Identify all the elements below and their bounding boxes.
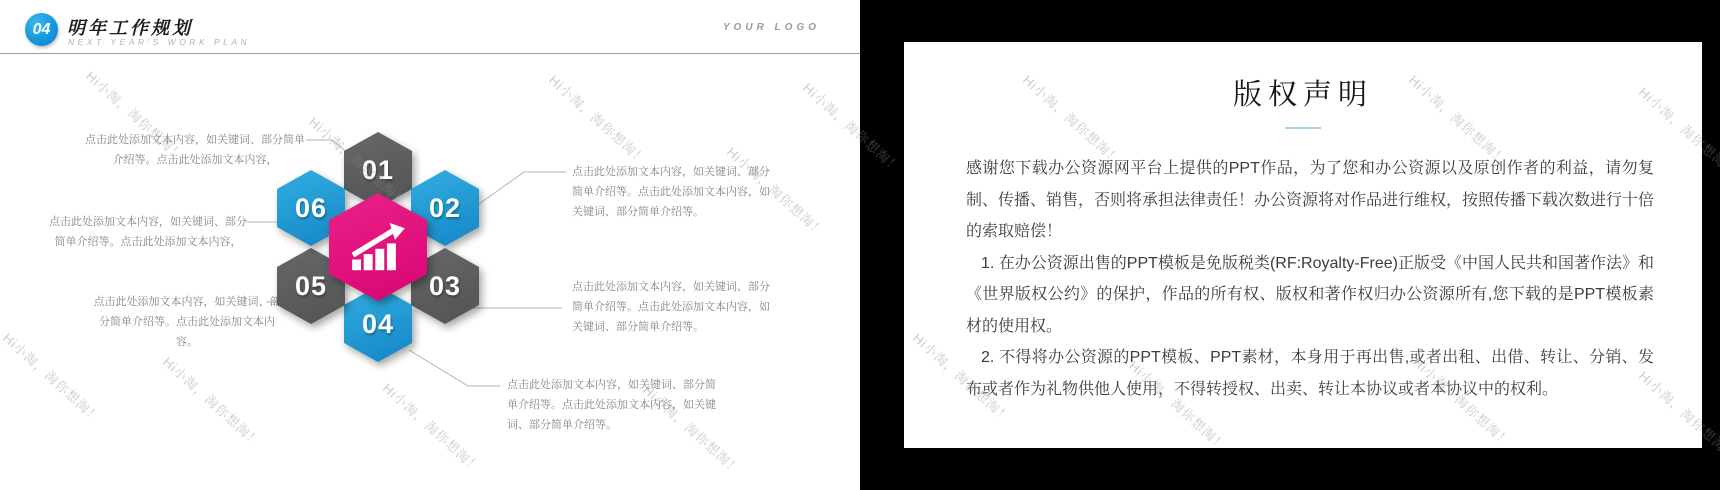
node-text-02: 点击此处添加文本内容，如关键词、部分简单介绍等。点击此处添加文本内容，如关键词、…: [572, 162, 772, 222]
node-number: 03: [429, 271, 461, 302]
copyright-title: 版权声明: [904, 72, 1702, 113]
node-text-04: 点击此处添加文本内容，如关键词、部分简单介绍等。点击此处添加文本内容，如关键词、…: [507, 375, 721, 435]
copyright-panel: 版权声明 感谢您下载办公资源网平台上提供的PPT作品，为了您和办公资源以及原创作…: [904, 42, 1702, 448]
node-number: 06: [295, 193, 327, 224]
presentation-canvas: 04 明年工作规划 NEXT YEAR'S WORK PLAN YOUR LOG…: [0, 0, 1720, 490]
node-number: 01: [362, 155, 394, 186]
node-text-05: 点击此处添加文本内容，如关键词、部分简单介绍等。点击此处添加文本内容。: [92, 292, 282, 352]
copyright-body: 感谢您下载办公资源网平台上提供的PPT作品，为了您和办公资源以及原创作者的利益，…: [966, 153, 1654, 405]
title-underline: [1285, 127, 1321, 129]
growth-chart-icon: [349, 222, 407, 272]
node-text-03: 点击此处添加文本内容，如关键词、部分简单介绍等。点击此处添加文本内容，如关键词、…: [572, 277, 772, 337]
copyright-paragraph: 2. 不得将办公资源的PPT模板、PPT素材，本身用于再出售,或者出租、出借、转…: [966, 342, 1654, 405]
node-number: 02: [429, 193, 461, 224]
copyright-slide: 版权声明 感谢您下载办公资源网平台上提供的PPT作品，为了您和办公资源以及原创作…: [860, 0, 1720, 490]
node-text-06: 点击此处添加文本内容，如关键词、部分简单介绍等。点击此处添加文本内容，: [48, 212, 248, 252]
center-hexagon-shape: [329, 193, 427, 301]
node-number: 05: [295, 271, 327, 302]
copyright-paragraph: 感谢您下载办公资源网平台上提供的PPT作品，为了您和办公资源以及原创作者的利益，…: [966, 153, 1654, 248]
work-plan-slide: 04 明年工作规划 NEXT YEAR'S WORK PLAN YOUR LOG…: [0, 0, 860, 490]
node-text-01: 点击此处添加文本内容，如关键词、部分简单介绍等。点击此处添加文本内容，: [80, 130, 310, 170]
copyright-paragraph: 1. 在办公资源出售的PPT模板是免版税类(RF:Royalty-Free)正版…: [966, 248, 1654, 343]
node-number: 04: [362, 309, 394, 340]
center-hexagon: [329, 193, 427, 301]
